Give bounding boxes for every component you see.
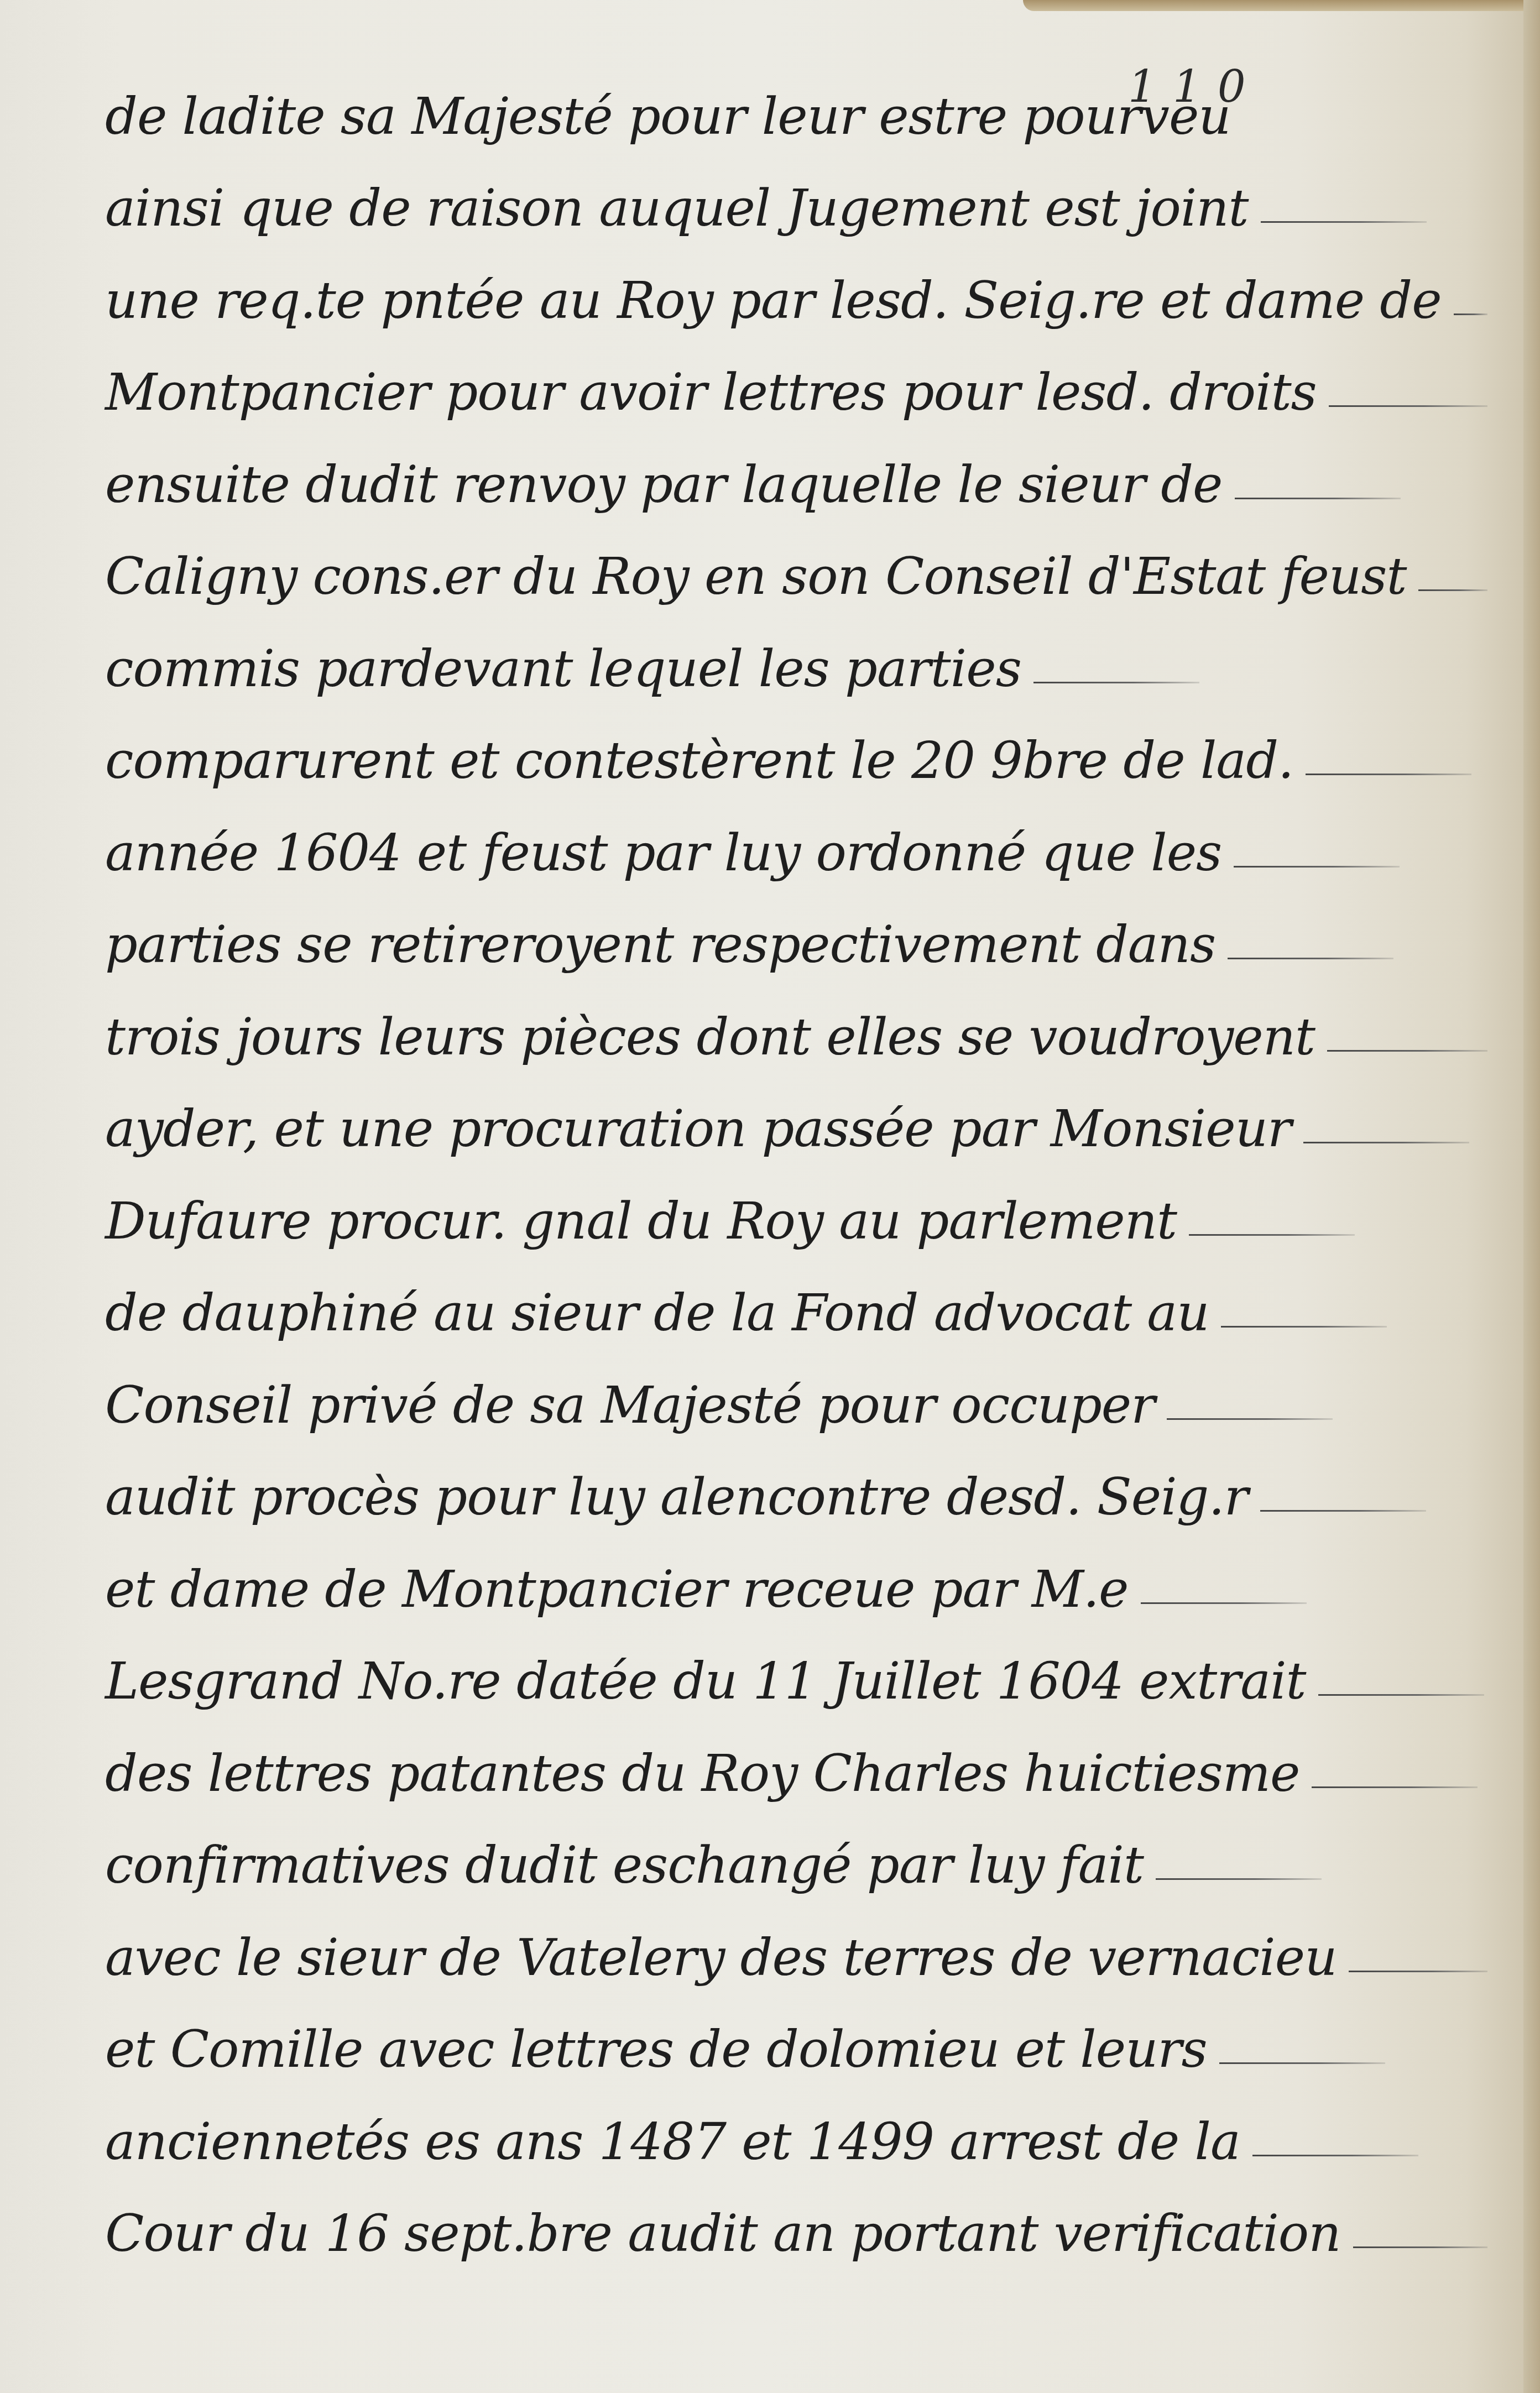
line-filler-dash — [1454, 314, 1487, 315]
bleed-through-text — [11, 276, 111, 2046]
line-text: Lesgrand No.re datée du 11 Juillet 1604 … — [105, 1656, 1306, 1718]
line-text: des lettres patantes du Roy Charles huic… — [105, 1748, 1299, 1810]
manuscript-body: de ladite sa Majesté pour leur estre pou… — [105, 61, 1487, 2270]
line-text: ainsi que de raison auquel Jugement est … — [105, 183, 1249, 245]
manuscript-line: de dauphiné au sieur de la Fond advocat … — [105, 1258, 1487, 1350]
manuscript-line: commis pardevant lequel les parties — [105, 613, 1487, 706]
line-filler-dash — [1329, 405, 1487, 407]
line-text: confirmatives dudit eschangé par luy fai… — [105, 1840, 1144, 1902]
manuscript-line: Lesgrand No.re datée du 11 Juillet 1604 … — [105, 1626, 1487, 1718]
line-text: et dame de Montpancier receue par M.e — [105, 1564, 1129, 1626]
manuscript-line: trois jours leurs pièces dont elles se v… — [105, 981, 1487, 1074]
line-filler-dash — [1252, 2155, 1418, 2156]
manuscript-line: confirmatives dudit eschangé par luy fai… — [105, 1810, 1487, 1903]
manuscript-line: année 1604 et feust par luy ordonné que … — [105, 797, 1487, 890]
page-top-edge — [1023, 0, 1540, 11]
line-text: Montpancier pour avoir lettres pour lesd… — [105, 367, 1317, 429]
line-filler-dash — [1235, 498, 1401, 499]
manuscript-line: et Comille avec lettres de dolomieu et l… — [105, 1994, 1487, 2087]
manuscript-line: de ladite sa Majesté pour leur estre pou… — [105, 61, 1487, 153]
manuscript-line: ayder, et une procuration passée par Mon… — [105, 1074, 1487, 1166]
line-text: audit procès pour luy alencontre desd. S… — [105, 1472, 1248, 1534]
line-text: parties se retireroyent respectivement d… — [105, 919, 1215, 981]
manuscript-line: Caligny cons.er du Roy en son Conseil d'… — [105, 521, 1487, 614]
line-text: Caligny cons.er du Roy en son Conseil d'… — [105, 551, 1406, 613]
manuscript-line: comparurent et contestèrent le 20 9bre d… — [105, 706, 1487, 798]
line-filler-dash — [1261, 221, 1427, 223]
line-text: commis pardevant lequel les parties — [105, 644, 1021, 706]
manuscript-line: Dufaure procur. gnal du Roy au parlement — [105, 1166, 1487, 1258]
manuscript-line: avec le sieur de Vatelery des terres de … — [105, 1902, 1487, 1994]
line-filler-dash — [1312, 1786, 1478, 1788]
line-text: anciennetés es ans 1487 et 1499 arrest d… — [105, 2117, 1240, 2178]
line-filler-dash — [1228, 958, 1393, 959]
line-filler-dash — [1303, 1142, 1469, 1143]
line-filler-dash — [1418, 589, 1487, 591]
manuscript-line: audit procès pour luy alencontre desd. S… — [105, 1442, 1487, 1534]
line-filler-dash — [1189, 1234, 1355, 1236]
manuscript-line: une req.te pntée au Roy par lesd. Seig.r… — [105, 245, 1487, 337]
line-text: Dufaure procur. gnal du Roy au parlement — [105, 1196, 1177, 1258]
manuscript-line: Conseil privé de sa Majesté pour occuper — [105, 1350, 1487, 1442]
line-filler-dash — [1167, 1418, 1333, 1420]
line-filler-dash — [1234, 866, 1400, 868]
manuscript-line: ainsi que de raison auquel Jugement est … — [105, 153, 1487, 245]
manuscript-line: anciennetés es ans 1487 et 1499 arrest d… — [105, 2086, 1487, 2178]
manuscript-line: parties se retireroyent respectivement d… — [105, 890, 1487, 982]
line-filler-dash — [1349, 1971, 1487, 1972]
line-text: avec le sieur de Vatelery des terres de … — [105, 1932, 1337, 1994]
line-filler-dash — [1353, 2246, 1487, 2248]
manuscript-line: ensuite dudit renvoy par laquelle le sie… — [105, 429, 1487, 521]
manuscript-page: 110 de ladite sa Majesté pour leur estre… — [0, 0, 1526, 2393]
line-filler-dash — [1033, 682, 1199, 683]
line-text: de dauphiné au sieur de la Fond advocat … — [105, 1288, 1209, 1350]
line-filler-dash — [1327, 1050, 1487, 1052]
line-text: ensuite dudit renvoy par laquelle le sie… — [105, 459, 1223, 521]
page-right-edge — [1523, 0, 1540, 2393]
line-text: année 1604 et feust par luy ordonné que … — [105, 828, 1221, 890]
line-filler-dash — [1306, 774, 1471, 775]
line-text: ayder, et une procuration passée par Mon… — [105, 1104, 1291, 1166]
line-text: une req.te pntée au Roy par lesd. Seig.r… — [105, 275, 1442, 337]
line-text: Conseil privé de sa Majesté pour occuper — [105, 1380, 1155, 1442]
line-filler-dash — [1318, 1694, 1484, 1696]
line-filler-dash — [1260, 1510, 1426, 1512]
line-filler-dash — [1219, 2062, 1385, 2064]
line-filler-dash — [1221, 1326, 1387, 1328]
line-text: trois jours leurs pièces dont elles se v… — [105, 1012, 1315, 1074]
line-filler-dash — [1156, 1878, 1322, 1880]
line-text: Cour du 16 sept.bre audit an portant ver… — [105, 2208, 1341, 2270]
line-text: comparurent et contestèrent le 20 9bre d… — [105, 735, 1293, 797]
manuscript-line: des lettres patantes du Roy Charles huic… — [105, 1718, 1487, 1810]
manuscript-line: Montpancier pour avoir lettres pour lesd… — [105, 337, 1487, 430]
manuscript-line: et dame de Montpancier receue par M.e — [105, 1534, 1487, 1626]
line-text: et Comille avec lettres de dolomieu et l… — [105, 2024, 1207, 2086]
line-filler-dash — [1141, 1602, 1307, 1604]
manuscript-line: Cour du 16 sept.bre audit an portant ver… — [105, 2178, 1487, 2271]
line-text: de ladite sa Majesté pour leur estre pou… — [105, 91, 1231, 153]
